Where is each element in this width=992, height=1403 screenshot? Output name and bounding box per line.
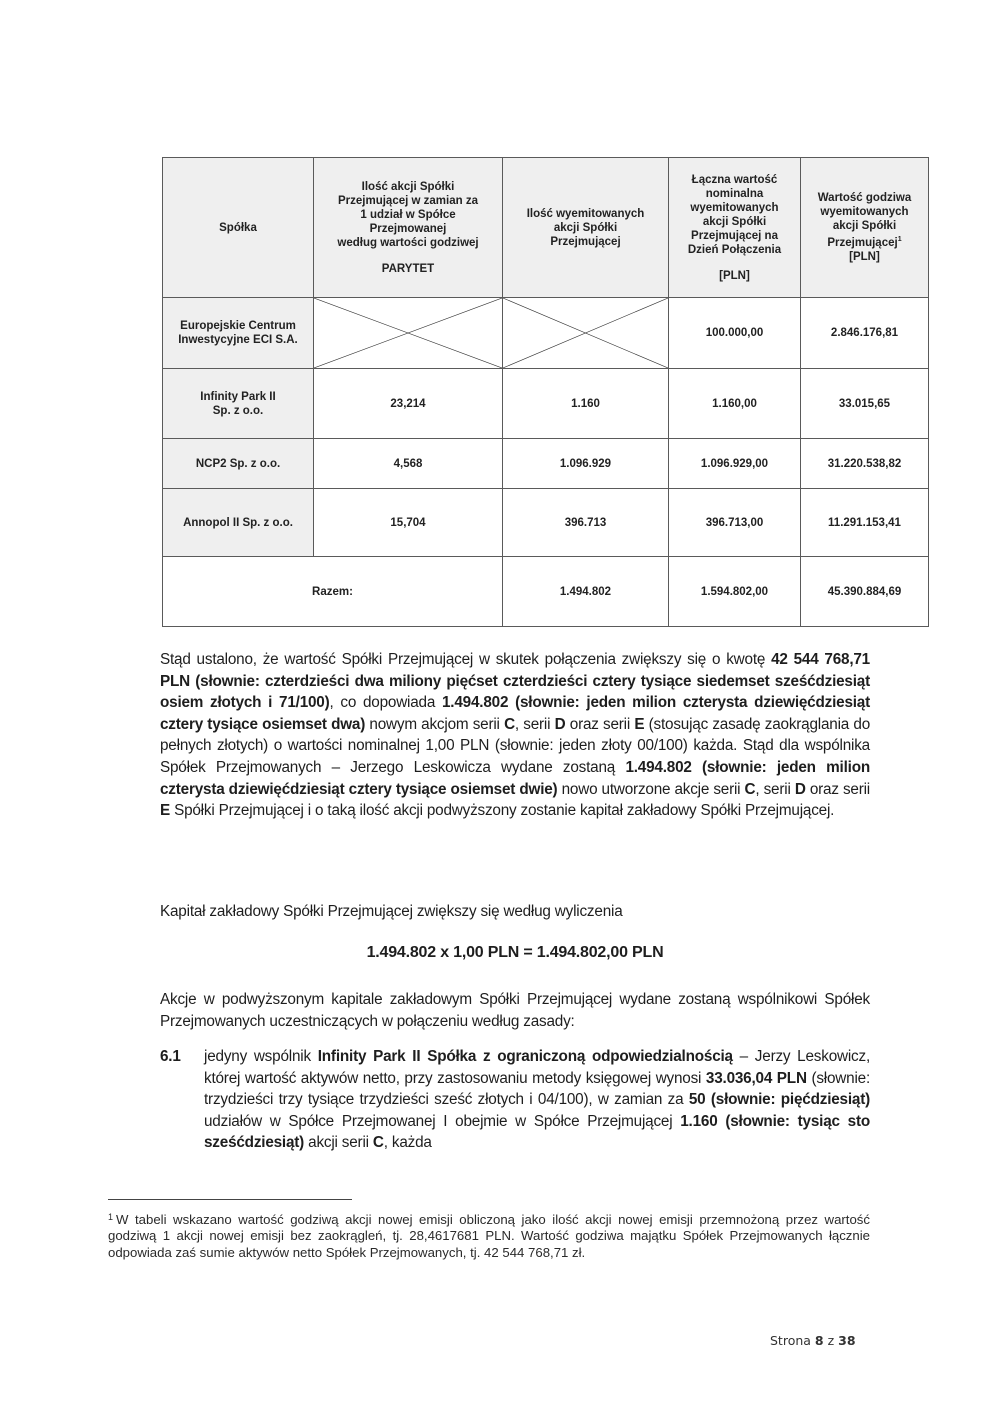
parity-value: 23,214 bbox=[314, 369, 503, 439]
total-issued-shares: 1.494.802 bbox=[503, 557, 669, 627]
footnote: 1W tabeli wskazano wartość godziwą akcji… bbox=[108, 1209, 870, 1261]
fair-value: 33.015,65 bbox=[801, 369, 929, 439]
parity-value: 15,704 bbox=[314, 489, 503, 557]
list-item-number: 6.1 bbox=[160, 1046, 181, 1068]
paragraph-share-allocation: Akcje w podwyższonym kapitale zakładowym… bbox=[160, 989, 870, 1032]
header-company: Spółka bbox=[163, 158, 314, 298]
issued-shares: 396.713 bbox=[503, 489, 669, 557]
company-name: Annopol II Sp. z o.o. bbox=[163, 489, 314, 557]
company-name: Europejskie CentrumInwestycyjne ECI S.A. bbox=[163, 298, 314, 369]
nominal-value: 1.096.929,00 bbox=[669, 439, 801, 489]
table-header-row: Spółka Ilość akcji SpółkiPrzejmującej w … bbox=[163, 158, 929, 298]
header-parity: Ilość akcji SpółkiPrzejmującej w zamian … bbox=[314, 158, 503, 298]
total-fair-value: 45.390.884,69 bbox=[801, 557, 929, 627]
table-row: Europejskie CentrumInwestycyjne ECI S.A.… bbox=[163, 298, 929, 369]
nominal-value: 396.713,00 bbox=[669, 489, 801, 557]
fair-value: 2.846.176,81 bbox=[801, 298, 929, 369]
company-name: Infinity Park IISp. z o.o. bbox=[163, 369, 314, 439]
nominal-value: 100.000,00 bbox=[669, 298, 801, 369]
list-item-6-1: 6.1 jedyny wspólnik Infinity Park II Spó… bbox=[160, 1046, 870, 1154]
merger-parity-table: Spółka Ilość akcji SpółkiPrzejmującej w … bbox=[162, 157, 929, 627]
total-label: Razem: bbox=[163, 557, 503, 627]
table-row: Annopol II Sp. z o.o. 15,704 396.713 396… bbox=[163, 489, 929, 557]
header-issued-shares: Ilość wyemitowanychakcji SpółkiPrzejmują… bbox=[503, 158, 669, 298]
total-nominal-value: 1.594.802,00 bbox=[669, 557, 801, 627]
document-page: Spółka Ilość akcji SpółkiPrzejmującej w … bbox=[0, 0, 992, 1403]
footnote-text: W tabeli wskazano wartość godziwą akcji … bbox=[108, 1212, 870, 1260]
table-row: Infinity Park IISp. z o.o. 23,214 1.160 … bbox=[163, 369, 929, 439]
footnote-mark: 1 bbox=[108, 1212, 113, 1222]
paragraph-capital-calc-intro: Kapitał zakładowy Spółki Przejmującej zw… bbox=[160, 901, 870, 923]
capital-formula: 1.494.802 x 1,00 PLN = 1.494.802,00 PLN bbox=[160, 942, 870, 964]
header-fair-value: Wartość godziwawyemitowanychakcji Spółki… bbox=[801, 158, 929, 298]
company-name: NCP2 Sp. z o.o. bbox=[163, 439, 314, 489]
nominal-value: 1.160,00 bbox=[669, 369, 801, 439]
issued-shares: 1.096.929 bbox=[503, 439, 669, 489]
paragraph-value-increase: Stąd ustalono, że wartość Spółki Przejmu… bbox=[160, 649, 870, 822]
empty-crossed-cell bbox=[503, 298, 669, 369]
page-number: Strona 8 z 38 bbox=[770, 1333, 856, 1348]
fair-value: 31.220.538,82 bbox=[801, 439, 929, 489]
parity-value: 4,568 bbox=[314, 439, 503, 489]
header-nominal-value: Łączna wartośćnominalnawyemitowanychakcj… bbox=[669, 158, 801, 298]
table-total-row: Razem: 1.494.802 1.594.802,00 45.390.884… bbox=[163, 557, 929, 627]
issued-shares: 1.160 bbox=[503, 369, 669, 439]
table-row: NCP2 Sp. z o.o. 4,568 1.096.929 1.096.92… bbox=[163, 439, 929, 489]
fair-value: 11.291.153,41 bbox=[801, 489, 929, 557]
list-item-text: jedyny wspólnik Infinity Park II Spółka … bbox=[204, 1046, 870, 1154]
empty-crossed-cell bbox=[314, 298, 503, 369]
footnote-separator bbox=[108, 1199, 352, 1200]
